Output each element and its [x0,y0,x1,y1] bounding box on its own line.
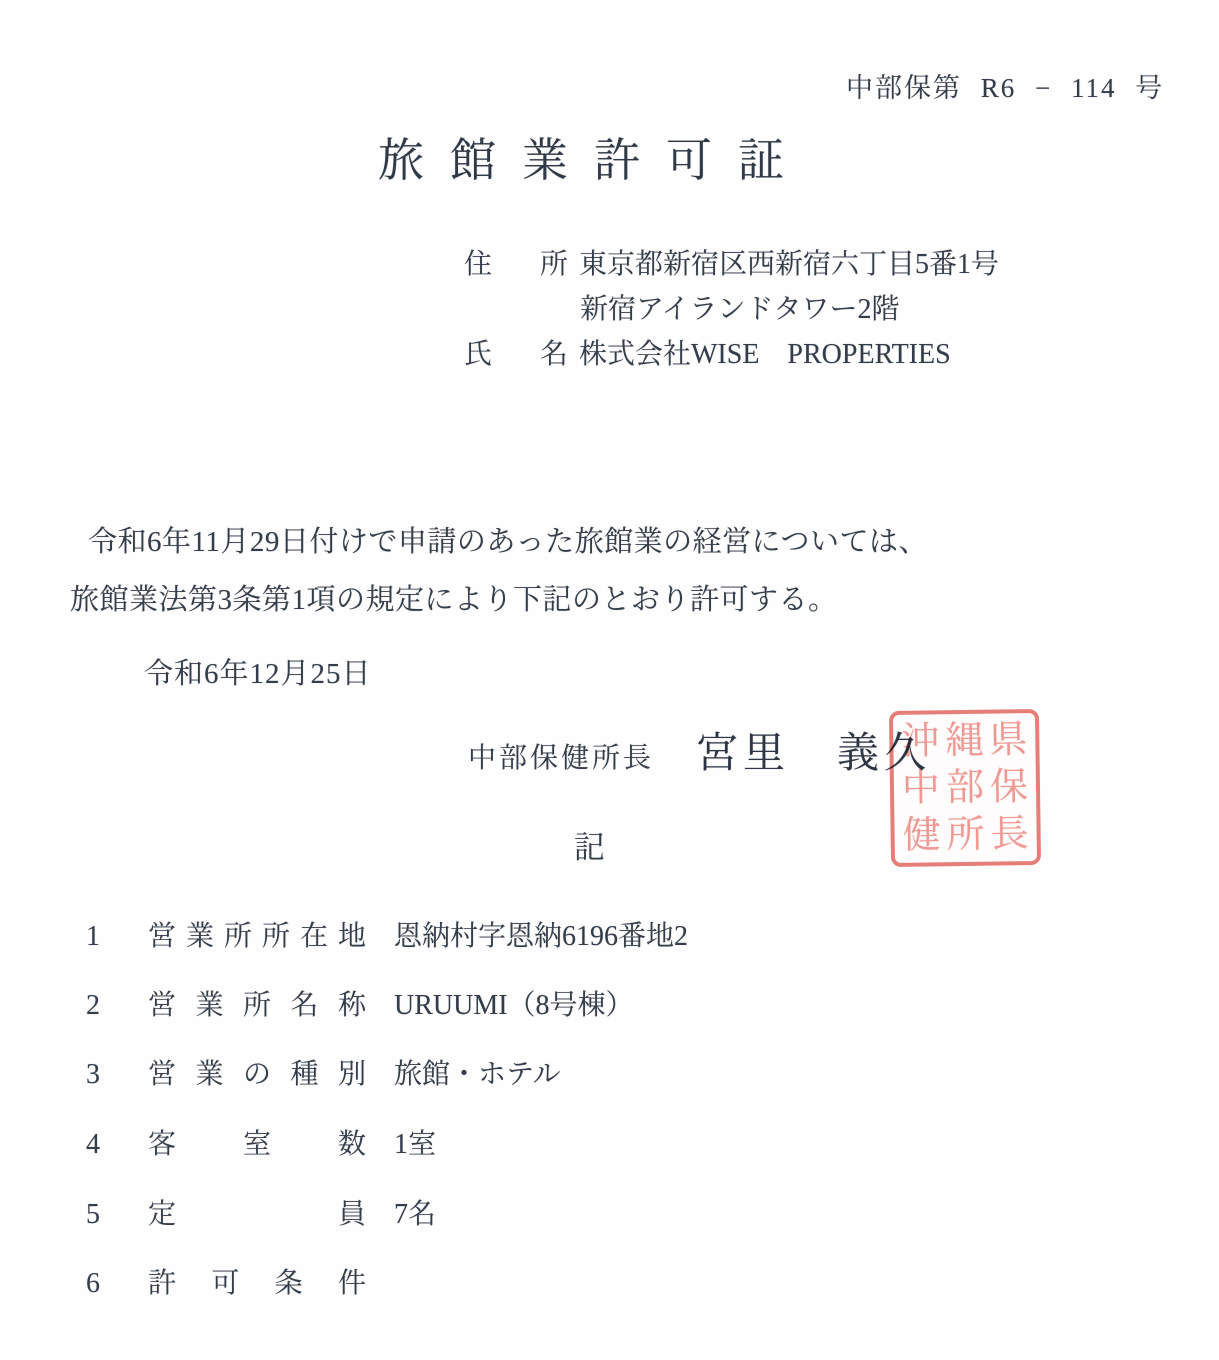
body-text-line2: 旅館業法第3条第1項の規定により下記のとおり許可する。 [70,577,838,618]
doc-reference-number: 中部保第 R6 − 114 号 [846,66,1164,105]
seal-text-row: 沖縄県 [901,721,1028,761]
seal-text-row: 健所長 [902,815,1029,855]
item-number: 2 [86,990,148,1022]
address-line1: 東京都新宿区西新宿六丁目5番1号 [579,249,999,280]
issue-date: 令和6年12月25日 [144,651,372,692]
applicant-name: 株式会社WISE PROPERTIES [579,339,951,370]
issuer-title: 中部保健所長 [468,736,654,776]
item-label: 客室数 [148,1122,366,1162]
item-value: URUUMI（8号棟） [394,983,634,1023]
permit-item-row: 6 許可条件 [86,1261,394,1301]
doc-title: 旅館業許可証 [378,124,810,190]
address-label: 住 所 [464,242,568,282]
item-value: 恩納村字恩納6196番地2 [394,914,688,954]
item-number: 3 [86,1059,148,1091]
item-value: 旅館・ホテル [394,1052,561,1092]
official-red-seal: 沖縄県 中部保 健所長 [889,709,1041,867]
body-text-line1: 令和6年11月29日付けで申請のあった旅館業の経営については、 [88,519,928,560]
name-label: 氏 名 [464,332,568,372]
item-label: 許可条件 [148,1261,366,1301]
item-label: 定員 [148,1192,366,1232]
item-number: 6 [86,1268,148,1300]
item-label: 営業所名称 [148,983,366,1023]
item-value: 1室 [394,1122,436,1162]
item-label: 営業の種別 [148,1052,366,1092]
permit-document-page: 中部保第 R6 − 114 号 旅館業許可証 住 所東京都新宿区西新宿六丁目5番… [0,0,1219,1360]
item-number: 4 [86,1129,148,1161]
item-number: 1 [86,921,148,953]
record-marker: 記 [574,822,605,867]
permit-item-row: 3 営業の種別 旅館・ホテル [86,1052,561,1092]
permit-item-row: 1 営業所所在地 恩納村字恩納6196番地2 [86,914,688,954]
seal-text-row: 中部保 [902,768,1029,808]
permit-item-row: 2 営業所名称 URUUMI（8号棟） [86,983,634,1023]
item-number: 5 [86,1199,148,1231]
signature-line: 中部保健所長 宮里 義久 [468,720,931,780]
item-label: 営業所所在地 [148,914,366,954]
permit-item-row: 4 客室数 1室 [86,1122,436,1162]
permit-item-row: 5 定員 7名 [86,1192,436,1232]
addressee-name-row: 氏 名株式会社WISE PROPERTIES [464,332,951,372]
addressee-address-row: 住 所東京都新宿区西新宿六丁目5番1号 [464,242,999,282]
item-value: 7名 [394,1192,436,1232]
address-line2: 新宿アイランドタワー2階 [580,287,899,327]
